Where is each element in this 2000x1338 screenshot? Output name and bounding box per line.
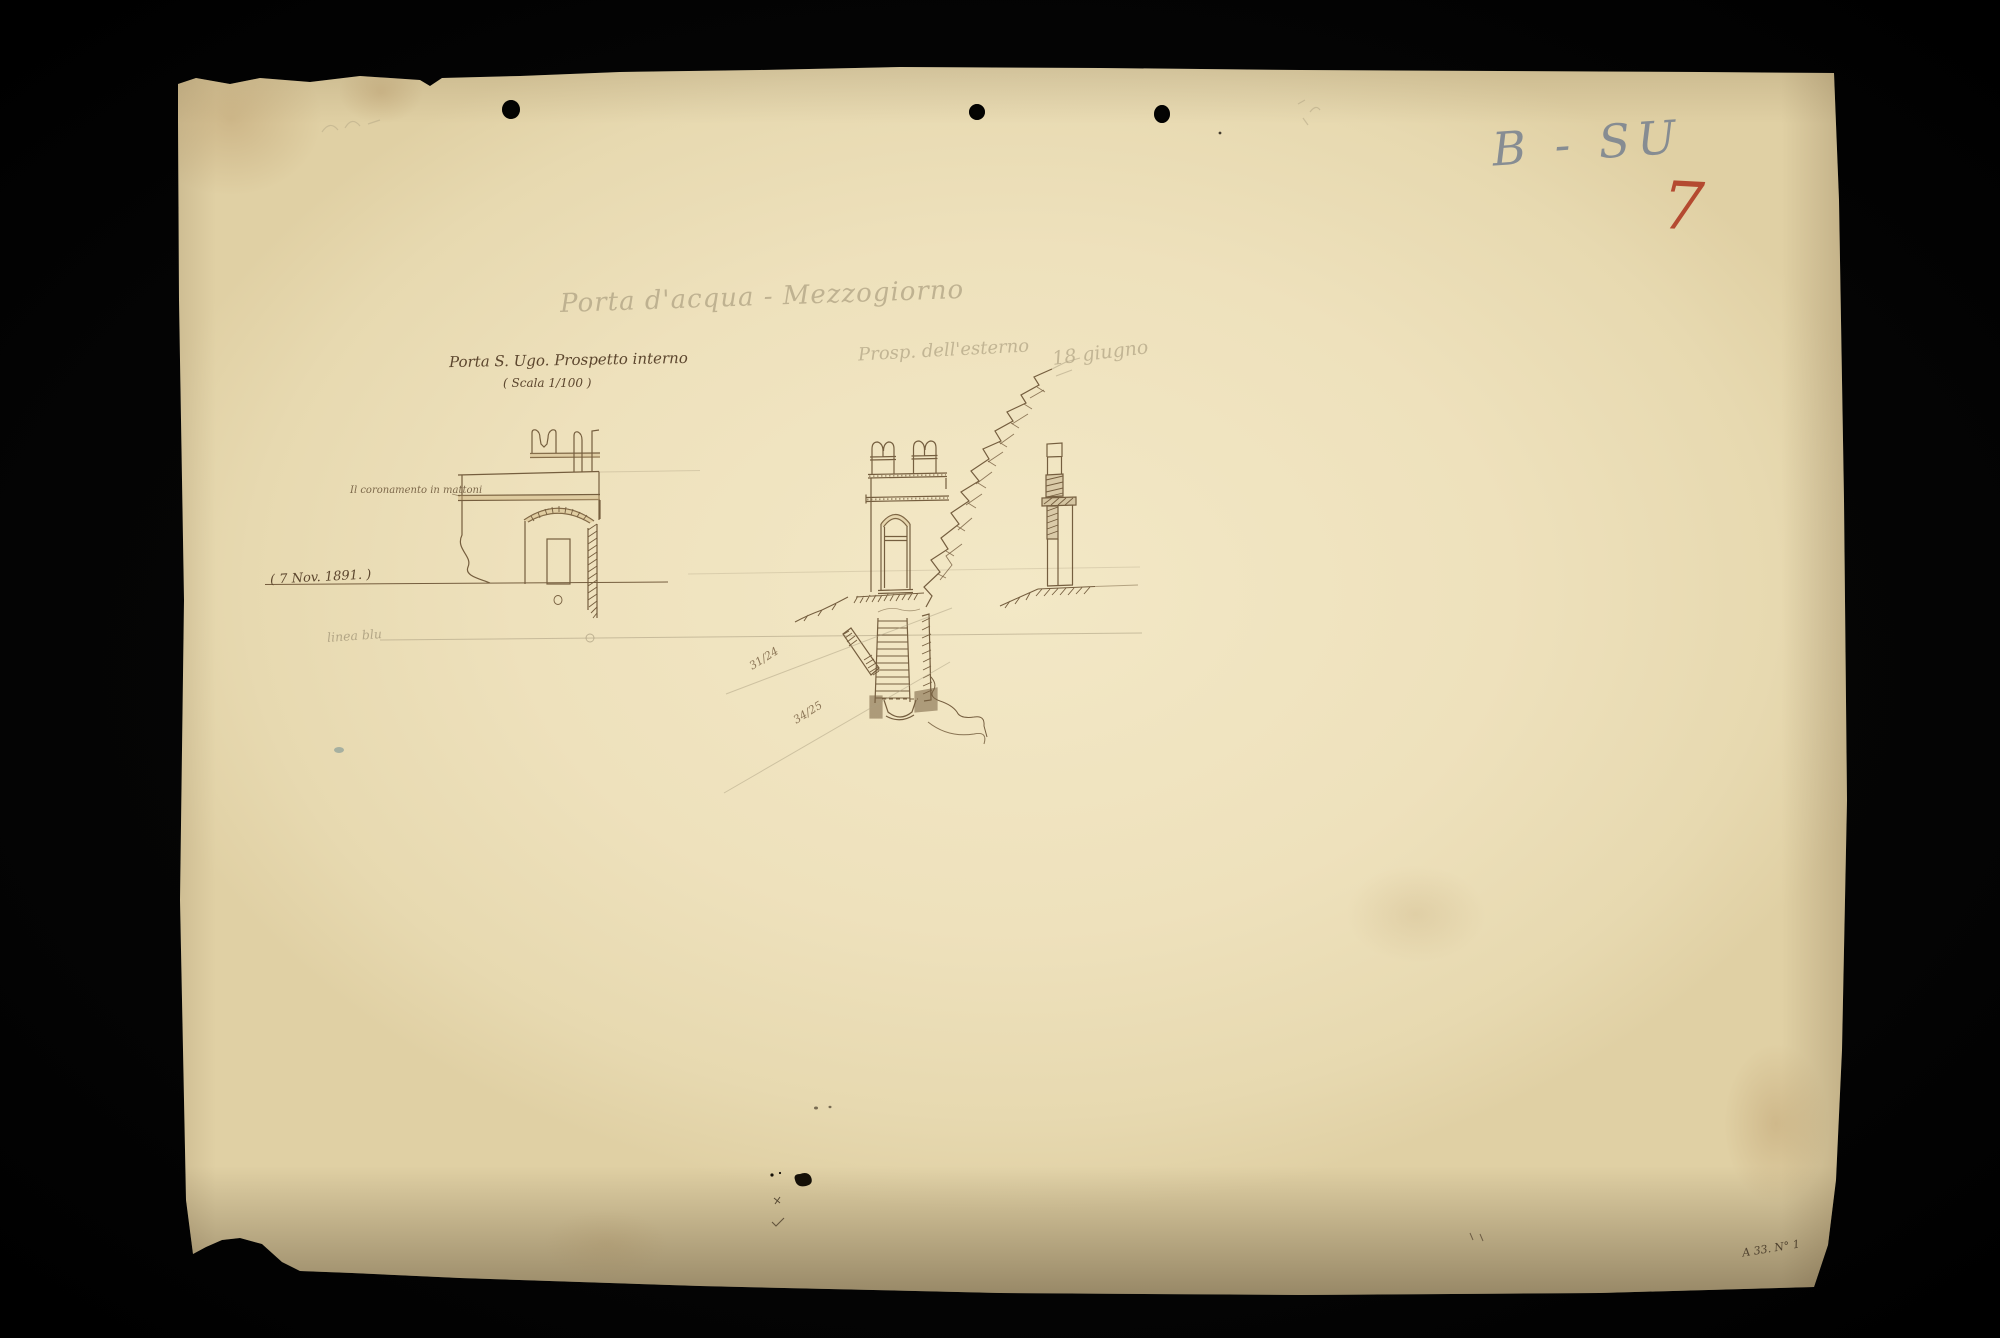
material-note: Il coronamento in mattoni [350, 485, 482, 496]
punch-hole [1154, 105, 1170, 123]
sheet-number: 7 [1660, 167, 1706, 246]
punch-hole [502, 100, 520, 119]
punch-hole [969, 104, 985, 120]
paper-sheet [176, 64, 1848, 1316]
left-drawing-scale: ( Scala 1/100 ) [503, 376, 591, 390]
archival-scan: B - SU 7 Porta d'acqua - Mezzogiorno Por… [0, 0, 2000, 1338]
